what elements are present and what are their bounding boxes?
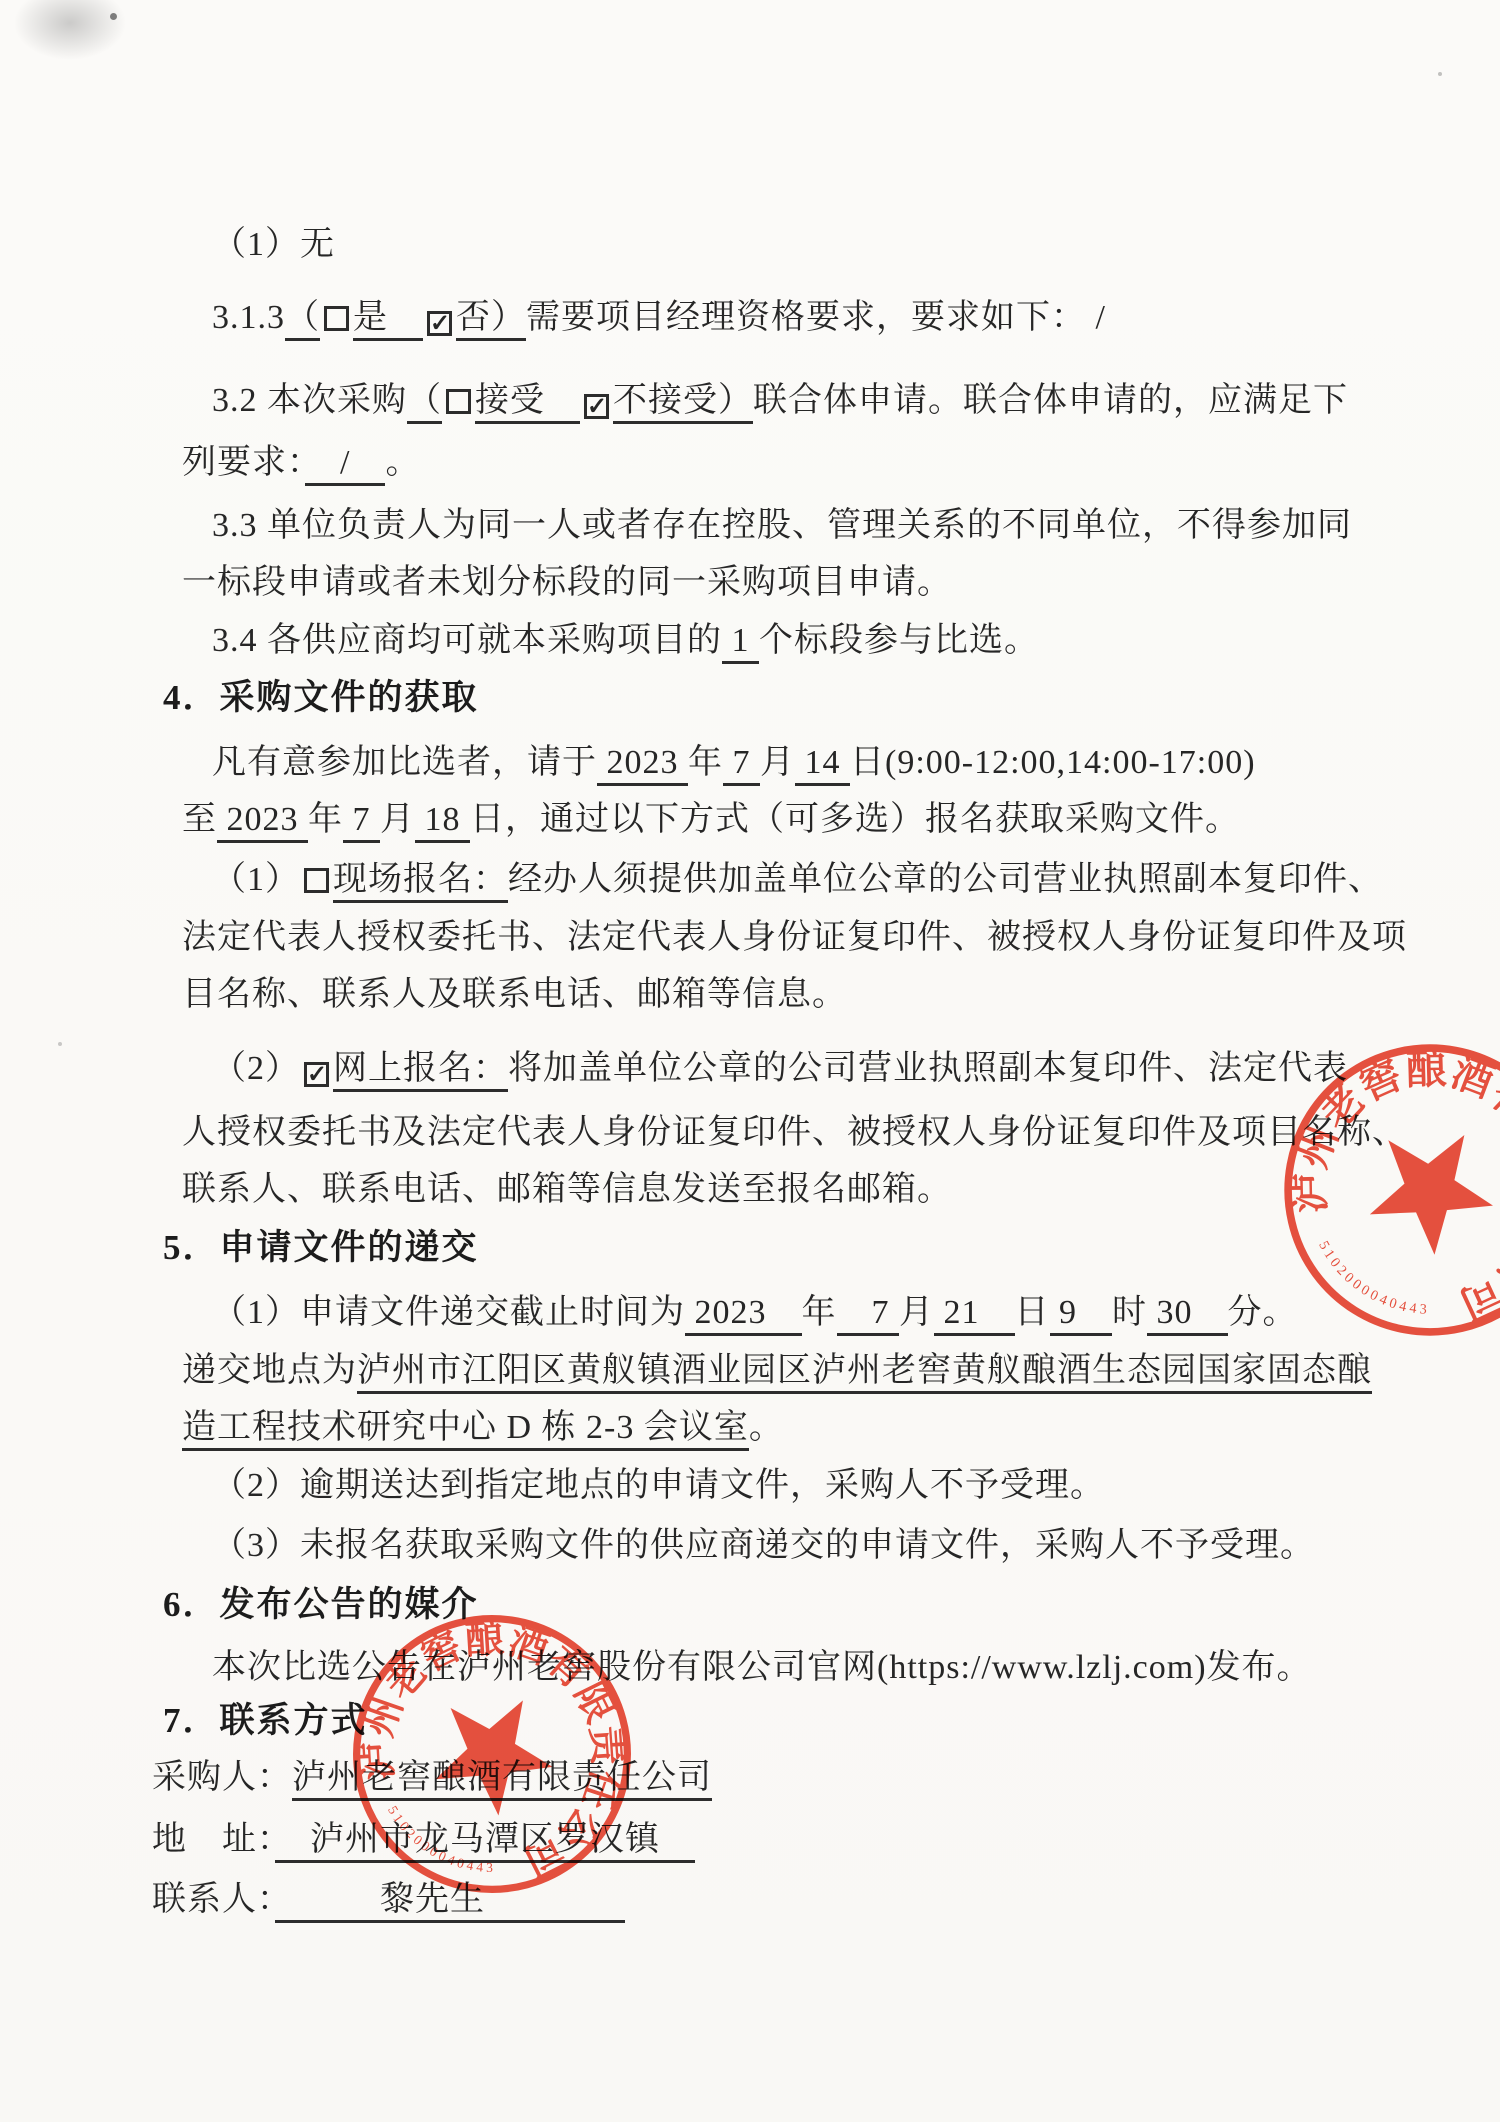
- text-segment: 2023: [685, 1294, 802, 1336]
- text-segment: 造工程技术研究中心 D 栋 2-3 会议室: [182, 1409, 749, 1451]
- text-segment: 7: [343, 801, 380, 843]
- text-segment: 人授权委托书及法定代表人身份证复印件、被授权人身份证复印件及项目名称、: [182, 1114, 1407, 1151]
- text-segment: 网上报名：: [333, 1050, 508, 1092]
- text-segment: 地 址：: [152, 1821, 275, 1858]
- text-segment: 。: [749, 1409, 784, 1446]
- document-line: （1）申请文件递交截止时间为 2023 年 7 月 21 日 9 时 30 分。: [212, 1290, 1298, 1336]
- text-segment: 列要求：: [182, 444, 305, 481]
- text-segment: 法定代表人授权委托书、法定代表人身份证复印件、被授权人身份证复印件及项: [182, 919, 1407, 956]
- text-segment: 将加盖单位公章的公司营业执照副本复印件、法定代表: [508, 1050, 1348, 1087]
- text-segment: 年: [688, 744, 723, 781]
- scan-smudge: [14, 0, 126, 60]
- document-line: 至 2023 年 7 月 18 日，通过以下方式（可多选）报名获取采购文件。: [182, 797, 1240, 843]
- text-segment: 时: [1112, 1294, 1147, 1331]
- section-heading: 7．联系方式: [163, 1698, 368, 1744]
- document-line: 3.2 本次采购（接受 ✓不接受）联合体申请。联合体申请的，应满足下: [212, 378, 1348, 424]
- document-line: 联系人、联系电话、邮箱等信息发送至报名邮箱。: [182, 1167, 952, 1213]
- document-line: 3.3 单位负责人为同一人或者存在控股、管理关系的不同单位，不得参加同: [212, 503, 1352, 549]
- scan-speck: [1438, 72, 1442, 76]
- text-segment: 泸州市江阳区黄舣镇酒业园区泸州老窖黄舣酿酒生态园国家固态酿: [357, 1352, 1372, 1394]
- text-segment: 日，通过以下方式（可多选）报名获取采购文件。: [470, 801, 1240, 838]
- checkbox-checked-icon: ✓: [304, 1062, 329, 1087]
- text-segment: 联系人：: [152, 1881, 275, 1918]
- document-line: 法定代表人授权委托书、法定代表人身份证复印件、被授权人身份证复印件及项: [182, 915, 1407, 961]
- text-segment: 7: [723, 744, 760, 786]
- text-segment: 2023: [597, 744, 688, 786]
- text-segment: 4．采购文件的获取: [163, 678, 479, 717]
- text-segment: 3.2 本次采购: [212, 382, 407, 419]
- text-segment: [545, 382, 580, 424]
- text-segment: 3.4 各供应商均可就本采购项目的: [212, 622, 722, 659]
- company-seal: 泸州老窖酿酒有限责任公司5102000040443: [1278, 1038, 1500, 1342]
- checkbox-unchecked-icon: [304, 868, 329, 893]
- text-segment: （3）未报名获取采购文件的供应商递交的申请文件，采购人不予受理。: [212, 1527, 1315, 1564]
- text-segment: 3.1.3: [212, 299, 285, 336]
- text-segment: （: [407, 382, 442, 424]
- text-segment: 9: [1050, 1294, 1113, 1336]
- text-segment: 需要项目经理资格要求，要求如下：: [526, 299, 1086, 336]
- checkbox-unchecked-icon: [324, 306, 349, 331]
- document-line: 列要求： / 。: [182, 440, 420, 486]
- text-segment: 14: [795, 744, 850, 786]
- text-segment: 21: [934, 1294, 1015, 1336]
- checkbox-unchecked-icon: [446, 389, 471, 414]
- text-segment: 目名称、联系人及联系电话、邮箱等信息。: [182, 976, 847, 1013]
- checkbox-checked-icon: ✓: [427, 311, 452, 336]
- seal-star-icon: [1350, 1102, 1500, 1267]
- company-seal: 泸州老窖酿酒有限责任公司5102000040443: [347, 1609, 637, 1899]
- text-segment: （1）无: [212, 226, 335, 263]
- document-line: （2）✓网上报名：将加盖单位公章的公司营业执照副本复印件、法定代表: [212, 1046, 1348, 1092]
- text-segment: 7．联系方式: [163, 1701, 368, 1740]
- text-segment: 个标段参与比选。: [759, 622, 1039, 659]
- document-line: （1）无: [212, 222, 335, 268]
- section-heading: 4．采购文件的获取: [163, 675, 479, 721]
- text-segment: 5．申请文件的递交: [163, 1228, 479, 1267]
- text-segment: 联合体申请。联合体申请的，应满足下: [753, 382, 1348, 419]
- text-segment: 月: [760, 744, 795, 781]
- text-segment: （: [285, 299, 320, 341]
- text-segment: （2）: [212, 1050, 300, 1087]
- text-segment: ）: [718, 382, 753, 424]
- checkbox-checked-icon: ✓: [584, 394, 609, 419]
- seal-star-icon: [416, 1671, 574, 1827]
- document-line: （2）逾期送达到指定地点的申请文件，采购人不予受理。: [212, 1463, 1105, 1509]
- section-heading: 5．申请文件的递交: [163, 1225, 479, 1271]
- text-segment: 3.3 单位负责人为同一人或者存在控股、管理关系的不同单位，不得参加同: [212, 507, 1352, 544]
- text-segment: 至: [182, 801, 217, 838]
- document-line: （3）未报名获取采购文件的供应商递交的申请文件，采购人不予受理。: [212, 1523, 1315, 1569]
- text-segment: 是: [353, 299, 388, 341]
- text-segment: 经办人须提供加盖单位公章的公司营业执照副本复印件、: [508, 861, 1383, 898]
- document-line: 目名称、联系人及联系电话、邮箱等信息。: [182, 972, 847, 1018]
- text-segment: [388, 299, 423, 341]
- document-line: （1）现场报名：经办人须提供加盖单位公章的公司营业执照副本复印件、: [212, 857, 1383, 903]
- text-segment: 日: [1015, 1294, 1050, 1331]
- text-segment: /: [1086, 299, 1106, 336]
- text-segment: 年: [802, 1294, 837, 1331]
- text-segment: 否: [456, 299, 491, 341]
- text-segment: 现场报名：: [333, 861, 508, 903]
- text-segment: 日(9:00-12:00,14:00-17:00): [850, 744, 1256, 781]
- text-segment: 年: [308, 801, 343, 838]
- document-line: 一标段申请或者未划分标段的同一采购项目申请。: [182, 560, 952, 606]
- text-segment: 接受: [475, 382, 545, 424]
- text-segment: （1）: [212, 861, 300, 898]
- text-segment: 递交地点为: [182, 1352, 357, 1389]
- text-segment: 月: [380, 801, 415, 838]
- scan-speck: [58, 1042, 62, 1046]
- document-line: 3.4 各供应商均可就本采购项目的 1 个标段参与比选。: [212, 618, 1039, 664]
- text-segment: 联系人、联系电话、邮箱等信息发送至报名邮箱。: [182, 1171, 952, 1208]
- text-segment: /: [305, 444, 385, 486]
- text-segment: 1: [722, 622, 759, 664]
- text-segment: 月: [899, 1294, 934, 1331]
- document-line: 递交地点为泸州市江阳区黄舣镇酒业园区泸州老窖黄舣酿酒生态园国家固态酿: [182, 1348, 1372, 1394]
- text-segment: 2023: [217, 801, 308, 843]
- text-segment: 30: [1147, 1294, 1228, 1336]
- text-segment: 。: [385, 444, 420, 481]
- scan-speck: [110, 13, 117, 20]
- text-segment: 采购人：: [152, 1759, 292, 1796]
- text-segment: 一标段申请或者未划分标段的同一采购项目申请。: [182, 564, 952, 601]
- text-segment: 18: [415, 801, 470, 843]
- document-line: 造工程技术研究中心 D 栋 2-3 会议室。: [182, 1405, 784, 1451]
- document-line: 3.1.3（是 ✓否）需要项目经理资格要求，要求如下： /: [212, 295, 1106, 341]
- text-segment: （2）逾期送达到指定地点的申请文件，采购人不予受理。: [212, 1467, 1105, 1504]
- text-segment: （1）申请文件递交截止时间为: [212, 1294, 685, 1331]
- text-segment: 7: [837, 1294, 900, 1336]
- document-line: 凡有意参加比选者，请于 2023 年 7 月 14 日(9:00-12:00,1…: [212, 740, 1256, 786]
- page: （1）无3.1.3（是 ✓否）需要项目经理资格要求，要求如下： / 3.2 本次…: [0, 0, 1500, 2122]
- text-segment: 凡有意参加比选者，请于: [212, 744, 597, 781]
- document-line: 人授权委托书及法定代表人身份证复印件、被授权人身份证复印件及项目名称、: [182, 1110, 1407, 1156]
- text-segment: ）: [491, 299, 526, 341]
- text-segment: 不接受: [613, 382, 718, 424]
